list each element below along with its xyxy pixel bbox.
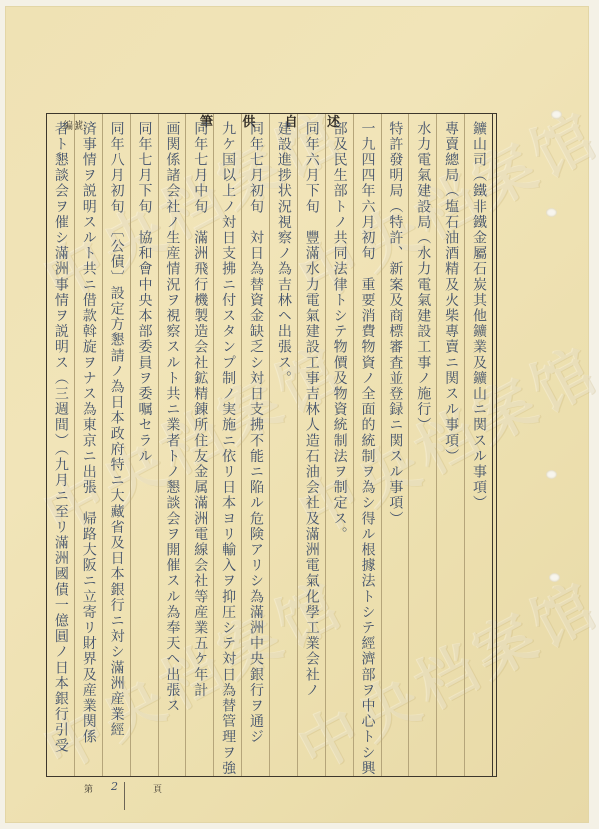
text-column: 画関係諸会社ノ生産情況ヲ視察スルト共ニ業者トノ懇談会ヲ開催スル為奉天ヘ出張ス [158,114,186,776]
text-column: 同年七月中旬 滿洲飛行機製造会社鉱精錬所住友金属滿洲電線会社等産業五ケ年計 [185,114,213,776]
text-column: 同年七月初旬 対日為替資金缺乏シ対日支拂不能ニ陥ル危険アリシ為滿洲中央銀行ヲ通ジ [241,114,269,776]
text-column: 一九四四年六月初旬 重要消費物資ノ全面的統制ヲ為シ得ル根據法トシテ經濟部ヲ中心ト… [353,114,381,776]
punch-hole [551,110,562,119]
text-column: 水力電氣建設局（水力電氣建設工事ノ施行） [408,114,436,776]
page-suffix: 頁 [153,782,162,795]
text-column: 專賣總局（塩石油酒精及火柴專賣ニ関スル事項） [436,114,464,776]
punch-hole [546,208,557,217]
text-column: 鑛山司（鐵非鐵金屬石炭其他鑛業及鑛山ニ関スル事項） [464,114,492,776]
text-column: 九ケ国以上ノ対日支拂ニ付スタンプ制ノ実施ニ依リ日本ヨリ輸入ヲ抑圧シテ対日為替管理… [213,114,241,776]
page-prefix: 第 [84,782,93,795]
text-column: 同年八月初旬 〔公債〕設定方懇請ノ為日本政府特ニ大藏省及日本銀行ニ対シ滿洲産業經 [102,114,130,776]
text-column: 同年六月下旬 豐滿水力電氣建設工事吉林人造石油会社及滿洲電氣化學工業会社ノ [297,114,325,776]
page-number: 2 [111,780,118,793]
text-column: 建設進捗状況視察ノ為吉林ヘ出張ス。 [269,114,297,776]
punch-hole [546,470,557,479]
ruled-frame: 鑛山司（鐵非鐵金屬石炭其他鑛業及鑛山ニ関スル事項） 專賣總局（塩石油酒精及火柴專… [46,113,497,777]
text-column: 部及民生部トノ共同法律トシテ物價及物資統制法ヲ制定ス。 [325,114,353,776]
text-column: 済事情ヲ説明スルト共ニ借款斡旋ヲナス為東京ニ出張 帰路大阪ニ立寄リ財界及産業関係 [74,114,102,776]
frame-double-rule [492,114,493,776]
text-column: 特許發明局（特許、新案及商標審査並登録ニ関スル事項） [381,114,409,776]
text-columns: 鑛山司（鐵非鐵金屬石炭其他鑛業及鑛山ニ関スル事項） 專賣總局（塩石油酒精及火柴專… [47,114,492,776]
text-column: 同年七月下旬 協和會中央本部委員ヲ委嘱セラル [130,114,158,776]
page-divider [124,782,125,810]
page-footer: 第 2 頁 [84,782,162,810]
punch-hole [549,573,560,582]
text-column: 者ト懇談会ヲ催シ滿洲事情ヲ説明ス（三週間）（九月ニ至リ滿洲國債一億圓ノ日本銀行引… [47,114,74,776]
